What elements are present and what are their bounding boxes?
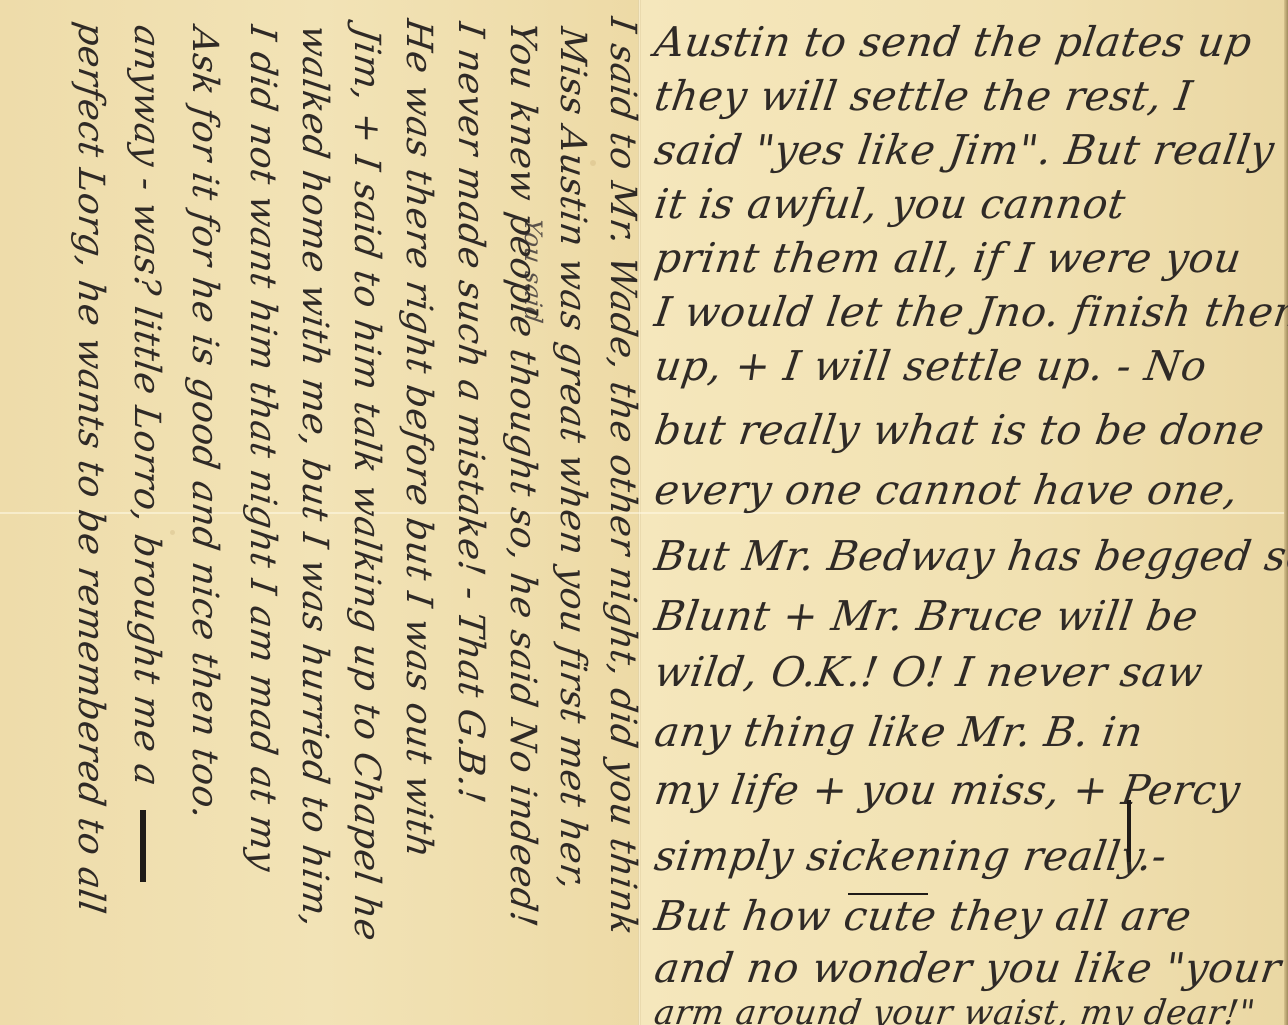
ink-mark bbox=[1127, 800, 1131, 862]
underline-sickening bbox=[848, 893, 928, 895]
right-line-1: Austin to send the plates up bbox=[652, 22, 1254, 63]
left-line-9: Ask for it for he is good and nice then … bbox=[186, 25, 222, 822]
left-line-4: I never made such a mistake! - That G.B.… bbox=[452, 20, 488, 805]
left-line-10: anyway - was? little Lorro, brought me a bbox=[128, 23, 164, 789]
right-line-3: said "yes like Jim". But really bbox=[652, 130, 1277, 171]
paper-spot bbox=[170, 530, 175, 535]
right-line-16: But how cute they all are bbox=[652, 896, 1194, 937]
right-line-6: I would let the Jno. finish them bbox=[652, 292, 1288, 333]
left-line-5: He was there right before but I was out … bbox=[400, 17, 436, 860]
right-line-11: Blunt + Mr. Bruce will be bbox=[652, 596, 1201, 637]
right-line-10: But Mr. Bedway has begged so, + Mr. bbox=[652, 536, 1288, 577]
left-line-6: Jim, + I said to him talk walking up to … bbox=[348, 25, 384, 943]
right-line-9: every one cannot have one, bbox=[652, 470, 1241, 511]
right-line-17: and no wonder you like "your bbox=[652, 948, 1284, 989]
left-line-3: You knew people thought so, he said No i… bbox=[504, 20, 540, 929]
right-line-12: wild, O.K.! O! I never saw bbox=[652, 652, 1205, 693]
left-line-1: I said to Mr. Wade, the other night, did… bbox=[604, 15, 640, 938]
right-line-14: my life + you miss, + Percy bbox=[652, 770, 1243, 811]
right-line-13: any thing like Mr. B. in bbox=[652, 712, 1146, 753]
paper-edge bbox=[1284, 0, 1288, 1025]
right-line-18: arm around your waist, my dear!" bbox=[652, 996, 1257, 1025]
right-line-15: simply sickening really.- bbox=[652, 836, 1169, 877]
left-line-7: walked home with me, but I was hurried t… bbox=[296, 23, 332, 930]
right-line-8: but really what is to be done bbox=[652, 410, 1267, 451]
right-line-2: they will settle the rest, I bbox=[652, 76, 1195, 117]
left-line-8: I did not want him that night I am mad a… bbox=[244, 23, 280, 874]
right-line-5: print them all, if I were you bbox=[652, 238, 1244, 279]
ink-mark bbox=[140, 810, 146, 882]
right-line-4: it is awful, you cannot bbox=[652, 184, 1128, 225]
left-line-11: perfect Lorg, he wants to be remembered … bbox=[72, 20, 108, 916]
right-line-7: up, + I will settle up. - No bbox=[652, 346, 1209, 387]
left-line-2: Miss Austin was great when you first met… bbox=[554, 25, 590, 892]
